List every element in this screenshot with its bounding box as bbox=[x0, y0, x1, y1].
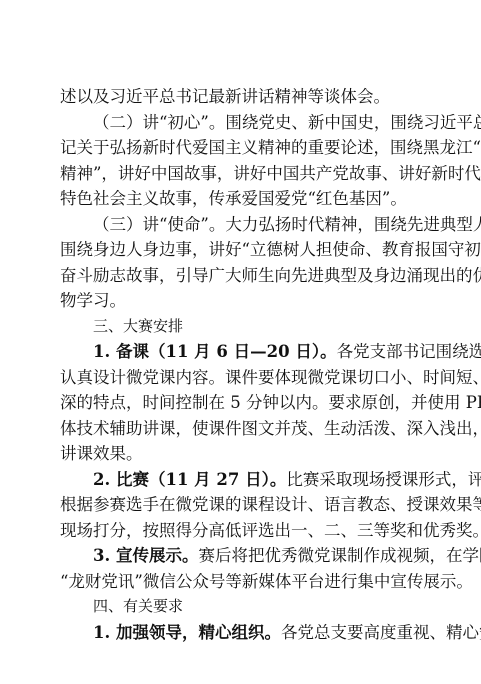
section-heading: 四、有关要求 bbox=[60, 594, 422, 620]
document-page: 述以及习近平总书记最新讲话精神等谈体会。 （二）讲“初心”。围绕党史、新中国史，… bbox=[60, 84, 422, 645]
item-title: 1. 加强领导，精心组织。 bbox=[93, 623, 281, 642]
text-line: 深的特点，时间控制在 5 分钟以内。要求原创，并使用 PPT 多媒 bbox=[60, 390, 422, 416]
item-title: 3. 宣传展示。 bbox=[93, 546, 198, 565]
text-line: 3. 宣传展示。赛后将把优秀微党课制作成视频，在学院官网、 bbox=[60, 543, 422, 569]
text-line: （三）讲“使命”。大力弘扬时代精神，围绕先进典型人物， bbox=[60, 212, 422, 238]
text-line: “龙财党讯”微信公众号等新媒体平台进行集中宣传展示。 bbox=[60, 569, 422, 595]
text-line: 认真设计微党课内容。课件要体现微党课切口小、时间短、寓意 bbox=[60, 365, 422, 391]
section-heading: 三、大赛安排 bbox=[60, 314, 422, 340]
item-body: 各党支部书记围绕选题范围， bbox=[337, 342, 481, 361]
text-line: 物学习。 bbox=[60, 288, 422, 314]
text-line: 2. 比赛（11 月 27 日）。比赛采取现场授课形式，评委组将 bbox=[60, 467, 422, 493]
item-title: 1. 备课（11 月 6 日—20 日）。 bbox=[93, 342, 337, 361]
text-line: 1. 备课（11 月 6 日—20 日）。各党支部书记围绕选题范围， bbox=[60, 339, 422, 365]
item-body: 赛后将把优秀微党课制作成视频，在学院官网、 bbox=[198, 546, 481, 565]
text-line: 讲课效果。 bbox=[60, 441, 422, 467]
text-line: 根据参赛选手在微党课的课程设计、语言教态、授课效果等方面 bbox=[60, 492, 422, 518]
text-line: 特色社会主义故事，传承爱国爱党“红色基因”。 bbox=[60, 186, 422, 212]
item-body: 各党总支要高度重视、精心安排， bbox=[281, 623, 481, 642]
item-title: 2. 比赛（11 月 27 日）。 bbox=[93, 470, 286, 489]
text-line: 现场打分，按照得分高低评选出一、二、三等奖和优秀奖。 bbox=[60, 518, 422, 544]
text-line: 记关于弘扬新时代爱国主义精神的重要论述，围绕黑龙江“四大 bbox=[60, 135, 422, 161]
text-line: （二）讲“初心”。围绕党史、新中国史，围绕习近平总书 bbox=[60, 110, 422, 136]
text-line: 述以及习近平总书记最新讲话精神等谈体会。 bbox=[60, 84, 422, 110]
text-line: 精神”，讲好中国故事，讲好中国共产党故事、讲好新时代中国 bbox=[60, 161, 422, 187]
item-body: 比赛采取现场授课形式，评委组将 bbox=[286, 470, 481, 489]
text-line: 奋斗励志故事，引导广大师生向先进典型及身边涌现出的优秀人 bbox=[60, 263, 422, 289]
text-line: 1. 加强领导，精心组织。各党总支要高度重视、精心安排， bbox=[60, 620, 422, 646]
text-line: 围绕身边人身边事，讲好“立德树人担使命、教育报国守初心” bbox=[60, 237, 422, 263]
text-line: 体技术辅助讲课，使课件图文并茂、生动活泼、深入浅出，增强 bbox=[60, 416, 422, 442]
